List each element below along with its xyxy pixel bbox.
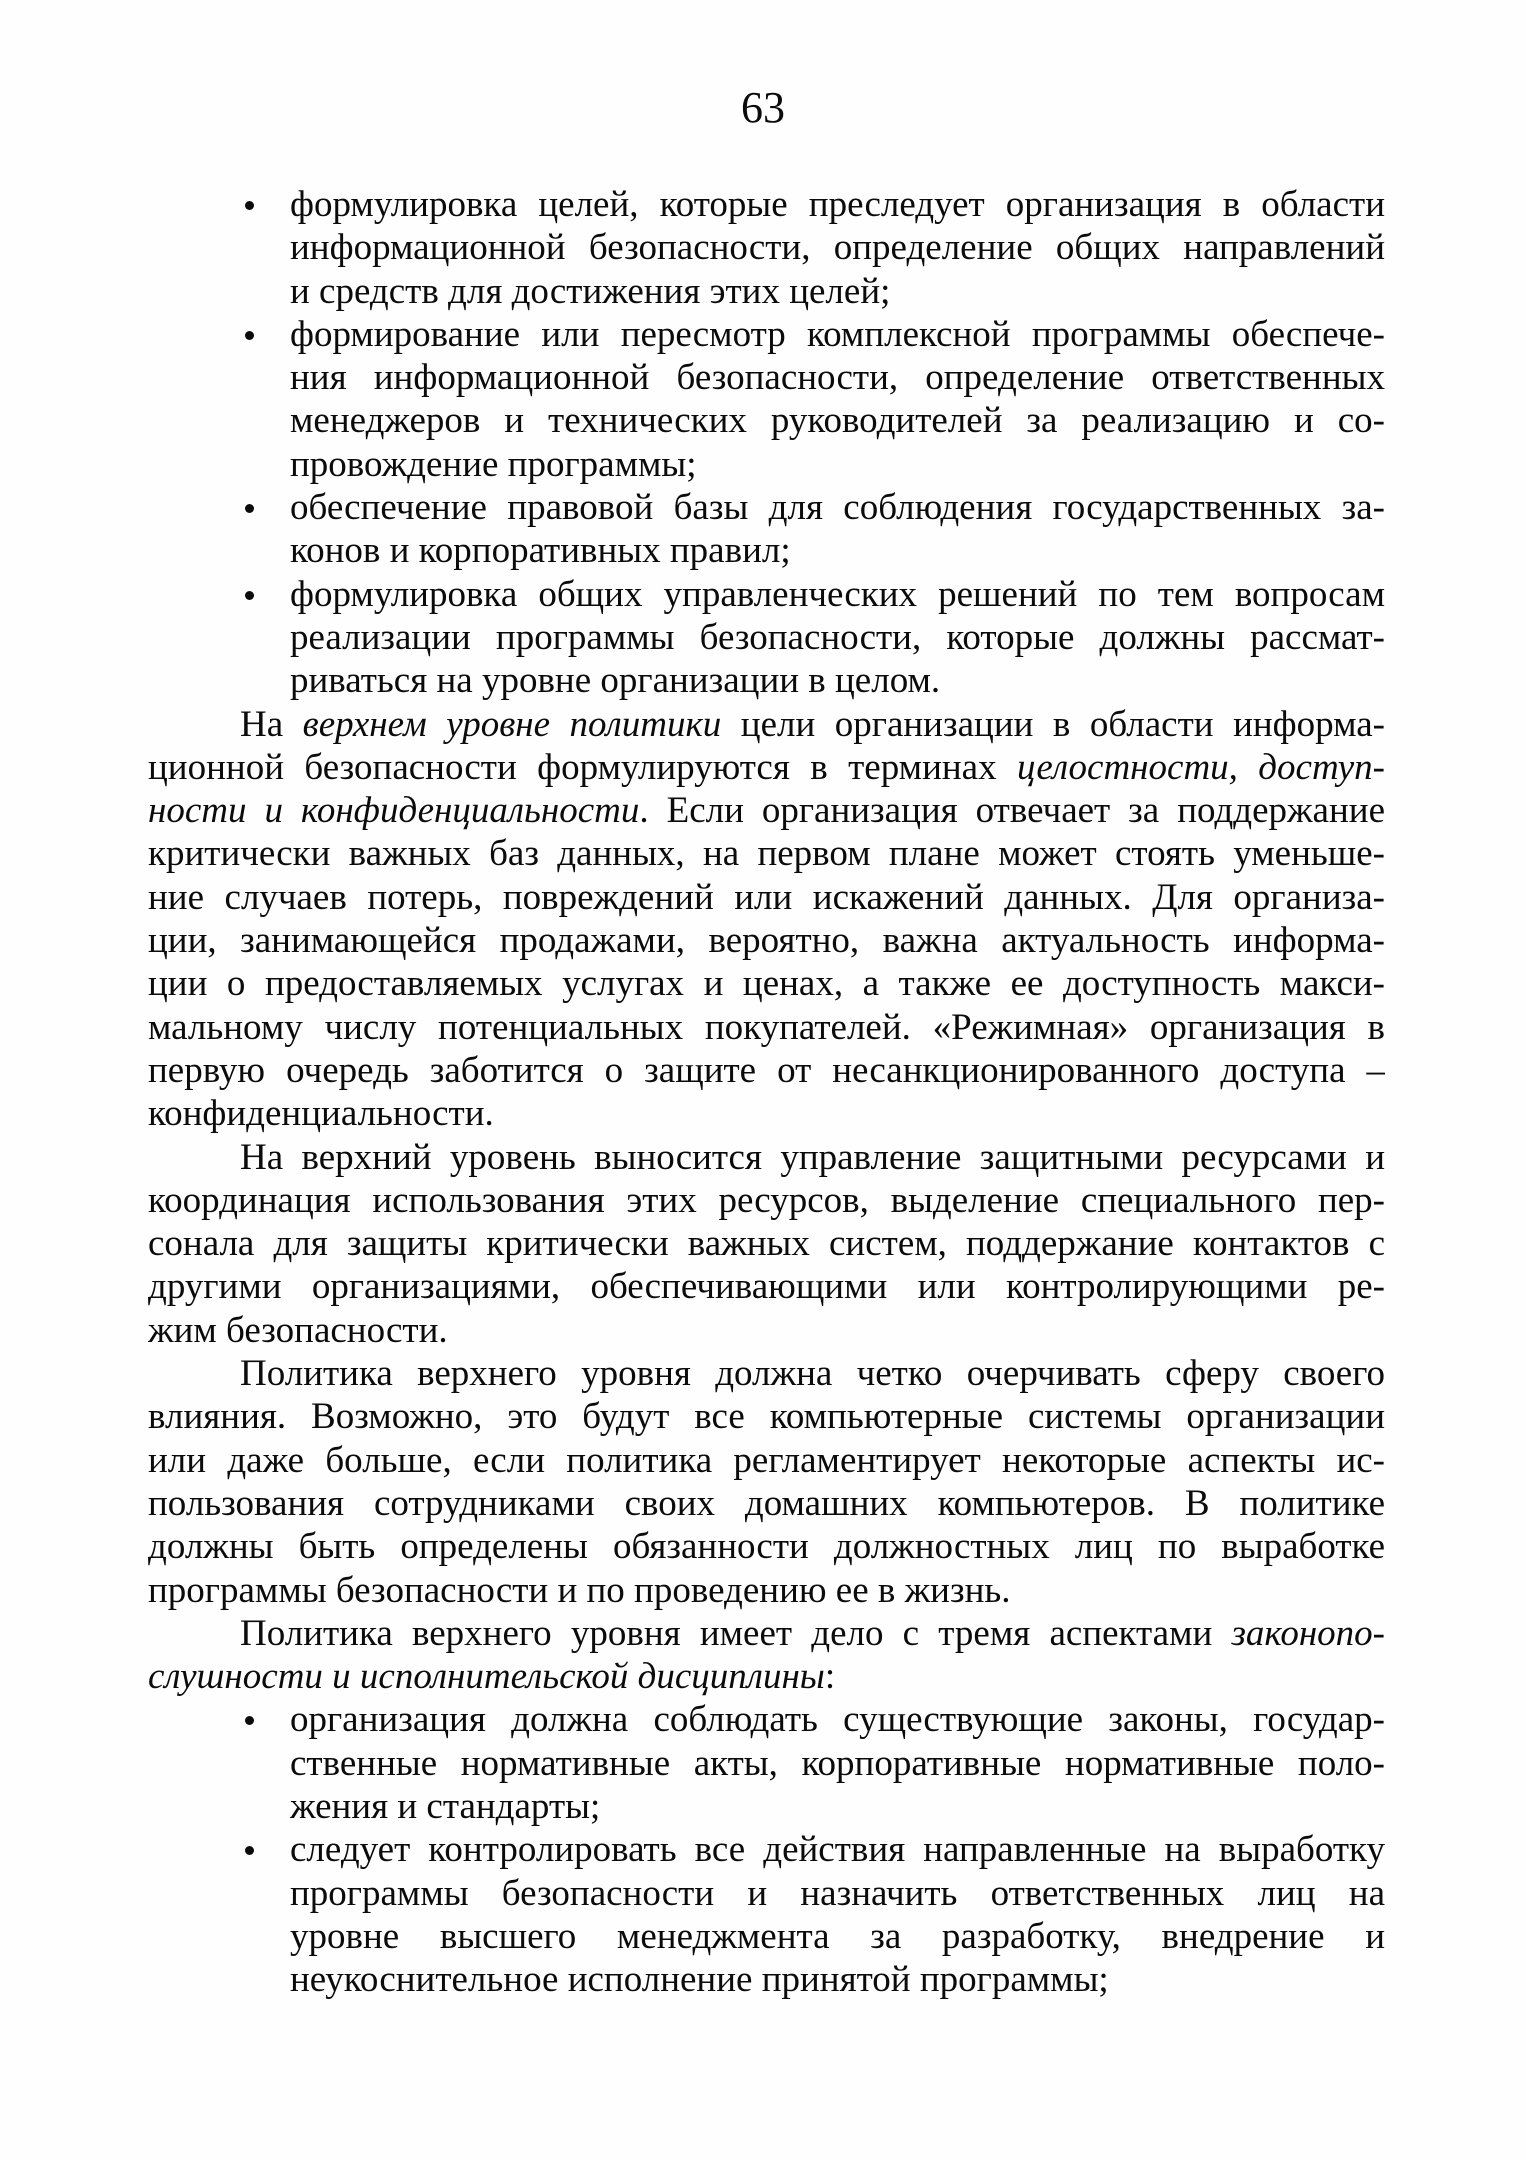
text: формулировка общих управленческих решени… <box>290 574 1385 615</box>
text-line: ционной безопасности формулируются в тер… <box>148 746 1385 789</box>
text-line: неукоснительное исполнение принятой прог… <box>148 1958 1385 2001</box>
italic-text: целостности, доступ- <box>1017 747 1385 788</box>
text: программы безопасности и назначить ответ… <box>290 1873 1385 1914</box>
text: программы безопасности и по проведению е… <box>148 1570 1011 1611</box>
text: ции о предоставляемых услугах и ценах, а… <box>148 963 1385 1004</box>
text: жим безопасности. <box>148 1310 448 1351</box>
text: ние случаев потерь, повреждений или иска… <box>148 877 1385 918</box>
text-line: мальному числу потенциальных покупателей… <box>148 1006 1385 1049</box>
bullet-list: формулировка целей, которые преследует о… <box>148 183 1385 703</box>
text: другими организациями, обеспечивающими и… <box>148 1266 1385 1307</box>
text-line: конфиденциальности. <box>148 1092 1385 1135</box>
bullet-dot <box>245 331 254 340</box>
text: менеджеров и технических руководителей з… <box>290 400 1385 441</box>
text-line: программы безопасности и назначить ответ… <box>148 1872 1385 1915</box>
bullet-item: формулировка общих управленческих решени… <box>148 573 1385 703</box>
text: и средств для достижения этих целей; <box>290 271 890 312</box>
text-line: ственные нормативные акты, корпоративные… <box>148 1742 1385 1785</box>
text-line: менеджеров и технических руководителей з… <box>148 399 1385 442</box>
text: мальному числу потенциальных покупателей… <box>148 1007 1385 1048</box>
text-line: другими организациями, обеспечивающими и… <box>148 1265 1385 1308</box>
text: первую очередь заботится о защите от нес… <box>148 1050 1385 1091</box>
text: формирование или пересмотр комплексной п… <box>290 314 1385 355</box>
text: неукоснительное исполнение принятой прог… <box>290 1959 1109 2000</box>
bullet-item: следует контролировать все действия напр… <box>148 1828 1385 2001</box>
text-line: ции, занимающейся продажами, вероятно, в… <box>148 919 1385 962</box>
bullet-item: обеспечение правовой базы для соблюдения… <box>148 486 1385 573</box>
text-line: ции о предоставляемых услугах и ценах, а… <box>148 962 1385 1005</box>
text: ния информационной безопасности, определ… <box>290 357 1385 398</box>
text-line: сонала для защиты критически важных сист… <box>148 1222 1385 1265</box>
text-line: Политика верхнего уровня имеет дело с тр… <box>148 1612 1385 1655</box>
text: обеспечение правовой базы для соблюдения… <box>290 487 1385 528</box>
bullet-dot <box>245 504 254 513</box>
paragraph: Политика верхнего уровня имеет дело с тр… <box>148 1612 1385 1699</box>
text-line: жения и стандарты; <box>148 1785 1385 1828</box>
text: должны быть определены обязанности должн… <box>148 1526 1385 1567</box>
text-line: слушности и исполнительской дисциплины: <box>148 1655 1385 1698</box>
text: ственные нормативные акты, корпоративные… <box>290 1743 1385 1784</box>
text: координация использования этих ресурсов,… <box>148 1180 1385 1221</box>
paragraph: На верхний уровень выносится управление … <box>148 1136 1385 1352</box>
text-line: координация использования этих ресурсов,… <box>148 1179 1385 1222</box>
text: критически важных баз данных, на первом … <box>148 833 1385 874</box>
text: влияния. Возможно, это будут все компьют… <box>148 1396 1385 1437</box>
text-line: риваться на уровне организации в целом. <box>148 659 1385 702</box>
bullet-item: организация должна соблюдать существующи… <box>148 1698 1385 1828</box>
text-line: конов и корпоративных правил; <box>148 529 1385 572</box>
text: уровне высшего менеджмента за разработку… <box>290 1916 1385 1957</box>
text-line: реализации программы безопасности, котор… <box>148 616 1385 659</box>
text: цели организации в области информа- <box>721 704 1385 745</box>
bullet-list: организация должна соблюдать существующи… <box>148 1698 1385 2001</box>
bullet-item: формулировка целей, которые преследует о… <box>148 183 1385 313</box>
text-line: программы безопасности и по проведению е… <box>148 1569 1385 1612</box>
text: организация должна соблюдать существующи… <box>290 1699 1385 1740</box>
text: . Если организация отвечает за поддержан… <box>639 790 1385 831</box>
italic-text: верхнем уровне политики <box>303 704 722 745</box>
page-number: 63 <box>0 86 1526 130</box>
text-line: или даже больше, если политика регламент… <box>148 1439 1385 1482</box>
text-line: На верхнем уровне политики цели организа… <box>148 703 1385 746</box>
text-line: должны быть определены обязанности должн… <box>148 1525 1385 1568</box>
text-line: информационной безопасности, определение… <box>148 226 1385 269</box>
text-line: ния информационной безопасности, определ… <box>148 356 1385 399</box>
text: Политика верхнего уровня имеет дело с тр… <box>240 1613 1231 1654</box>
text-line: провождение программы; <box>148 443 1385 486</box>
text-line: пользования сотрудниками своих домашних … <box>148 1482 1385 1525</box>
paragraph: На верхнем уровне политики цели организа… <box>148 703 1385 1136</box>
text: информационной безопасности, определение… <box>290 227 1385 268</box>
text-line: организация должна соблюдать существующи… <box>148 1698 1385 1741</box>
text: На верхний уровень выносится управление … <box>240 1137 1385 1178</box>
bullet-dot <box>245 591 254 600</box>
text: Политика верхнего уровня должна четко оч… <box>240 1353 1385 1394</box>
text-line: жим безопасности. <box>148 1309 1385 1352</box>
text-line: ности и конфиденциальности. Если организ… <box>148 789 1385 832</box>
text: конов и корпоративных правил; <box>290 530 791 571</box>
text-line: уровне высшего менеджмента за разработку… <box>148 1915 1385 1958</box>
text: ции, занимающейся продажами, вероятно, в… <box>148 920 1385 961</box>
text-line: формирование или пересмотр комплексной п… <box>148 313 1385 356</box>
bullet-item: формирование или пересмотр комплексной п… <box>148 313 1385 486</box>
text-line: На верхний уровень выносится управление … <box>148 1136 1385 1179</box>
italic-text: ности и конфиденциальности <box>148 790 639 831</box>
document-body: формулировка целей, которые преследует о… <box>148 183 1385 2001</box>
text: реализации программы безопасности, котор… <box>290 617 1385 658</box>
text: : <box>825 1656 835 1697</box>
italic-text: слушности и исполнительской дисциплины <box>148 1656 825 1697</box>
text-line: следует контролировать все действия напр… <box>148 1828 1385 1871</box>
text: пользования сотрудниками своих домашних … <box>148 1483 1385 1524</box>
bullet-dot <box>245 201 254 210</box>
text: риваться на уровне организации в целом. <box>290 660 940 701</box>
text: ционной безопасности формулируются в тер… <box>148 747 1017 788</box>
text-line: влияния. Возможно, это будут все компьют… <box>148 1395 1385 1438</box>
text-line: Политика верхнего уровня должна четко оч… <box>148 1352 1385 1395</box>
text-line: первую очередь заботится о защите от нес… <box>148 1049 1385 1092</box>
text-line: формулировка общих управленческих решени… <box>148 573 1385 616</box>
paragraph: Политика верхнего уровня должна четко оч… <box>148 1352 1385 1612</box>
text: конфиденциальности. <box>148 1093 494 1134</box>
text: жения и стандарты; <box>290 1786 600 1827</box>
text-line: и средств для достижения этих целей; <box>148 270 1385 313</box>
italic-text: законопо- <box>1231 1613 1385 1654</box>
text: На <box>240 704 303 745</box>
text-line: критически важных баз данных, на первом … <box>148 832 1385 875</box>
text: или даже больше, если политика регламент… <box>148 1440 1385 1481</box>
document-page: 63 формулировка целей, которые преследуе… <box>0 0 1526 2160</box>
text: сонала для защиты критически важных сист… <box>148 1223 1385 1264</box>
text-line: обеспечение правовой базы для соблюдения… <box>148 486 1385 529</box>
text-line: ние случаев потерь, повреждений или иска… <box>148 876 1385 919</box>
text: следует контролировать все действия напр… <box>290 1829 1385 1870</box>
text-line: формулировка целей, которые преследует о… <box>148 183 1385 226</box>
text: провождение программы; <box>290 444 697 485</box>
text: формулировка целей, которые преследует о… <box>290 184 1385 225</box>
